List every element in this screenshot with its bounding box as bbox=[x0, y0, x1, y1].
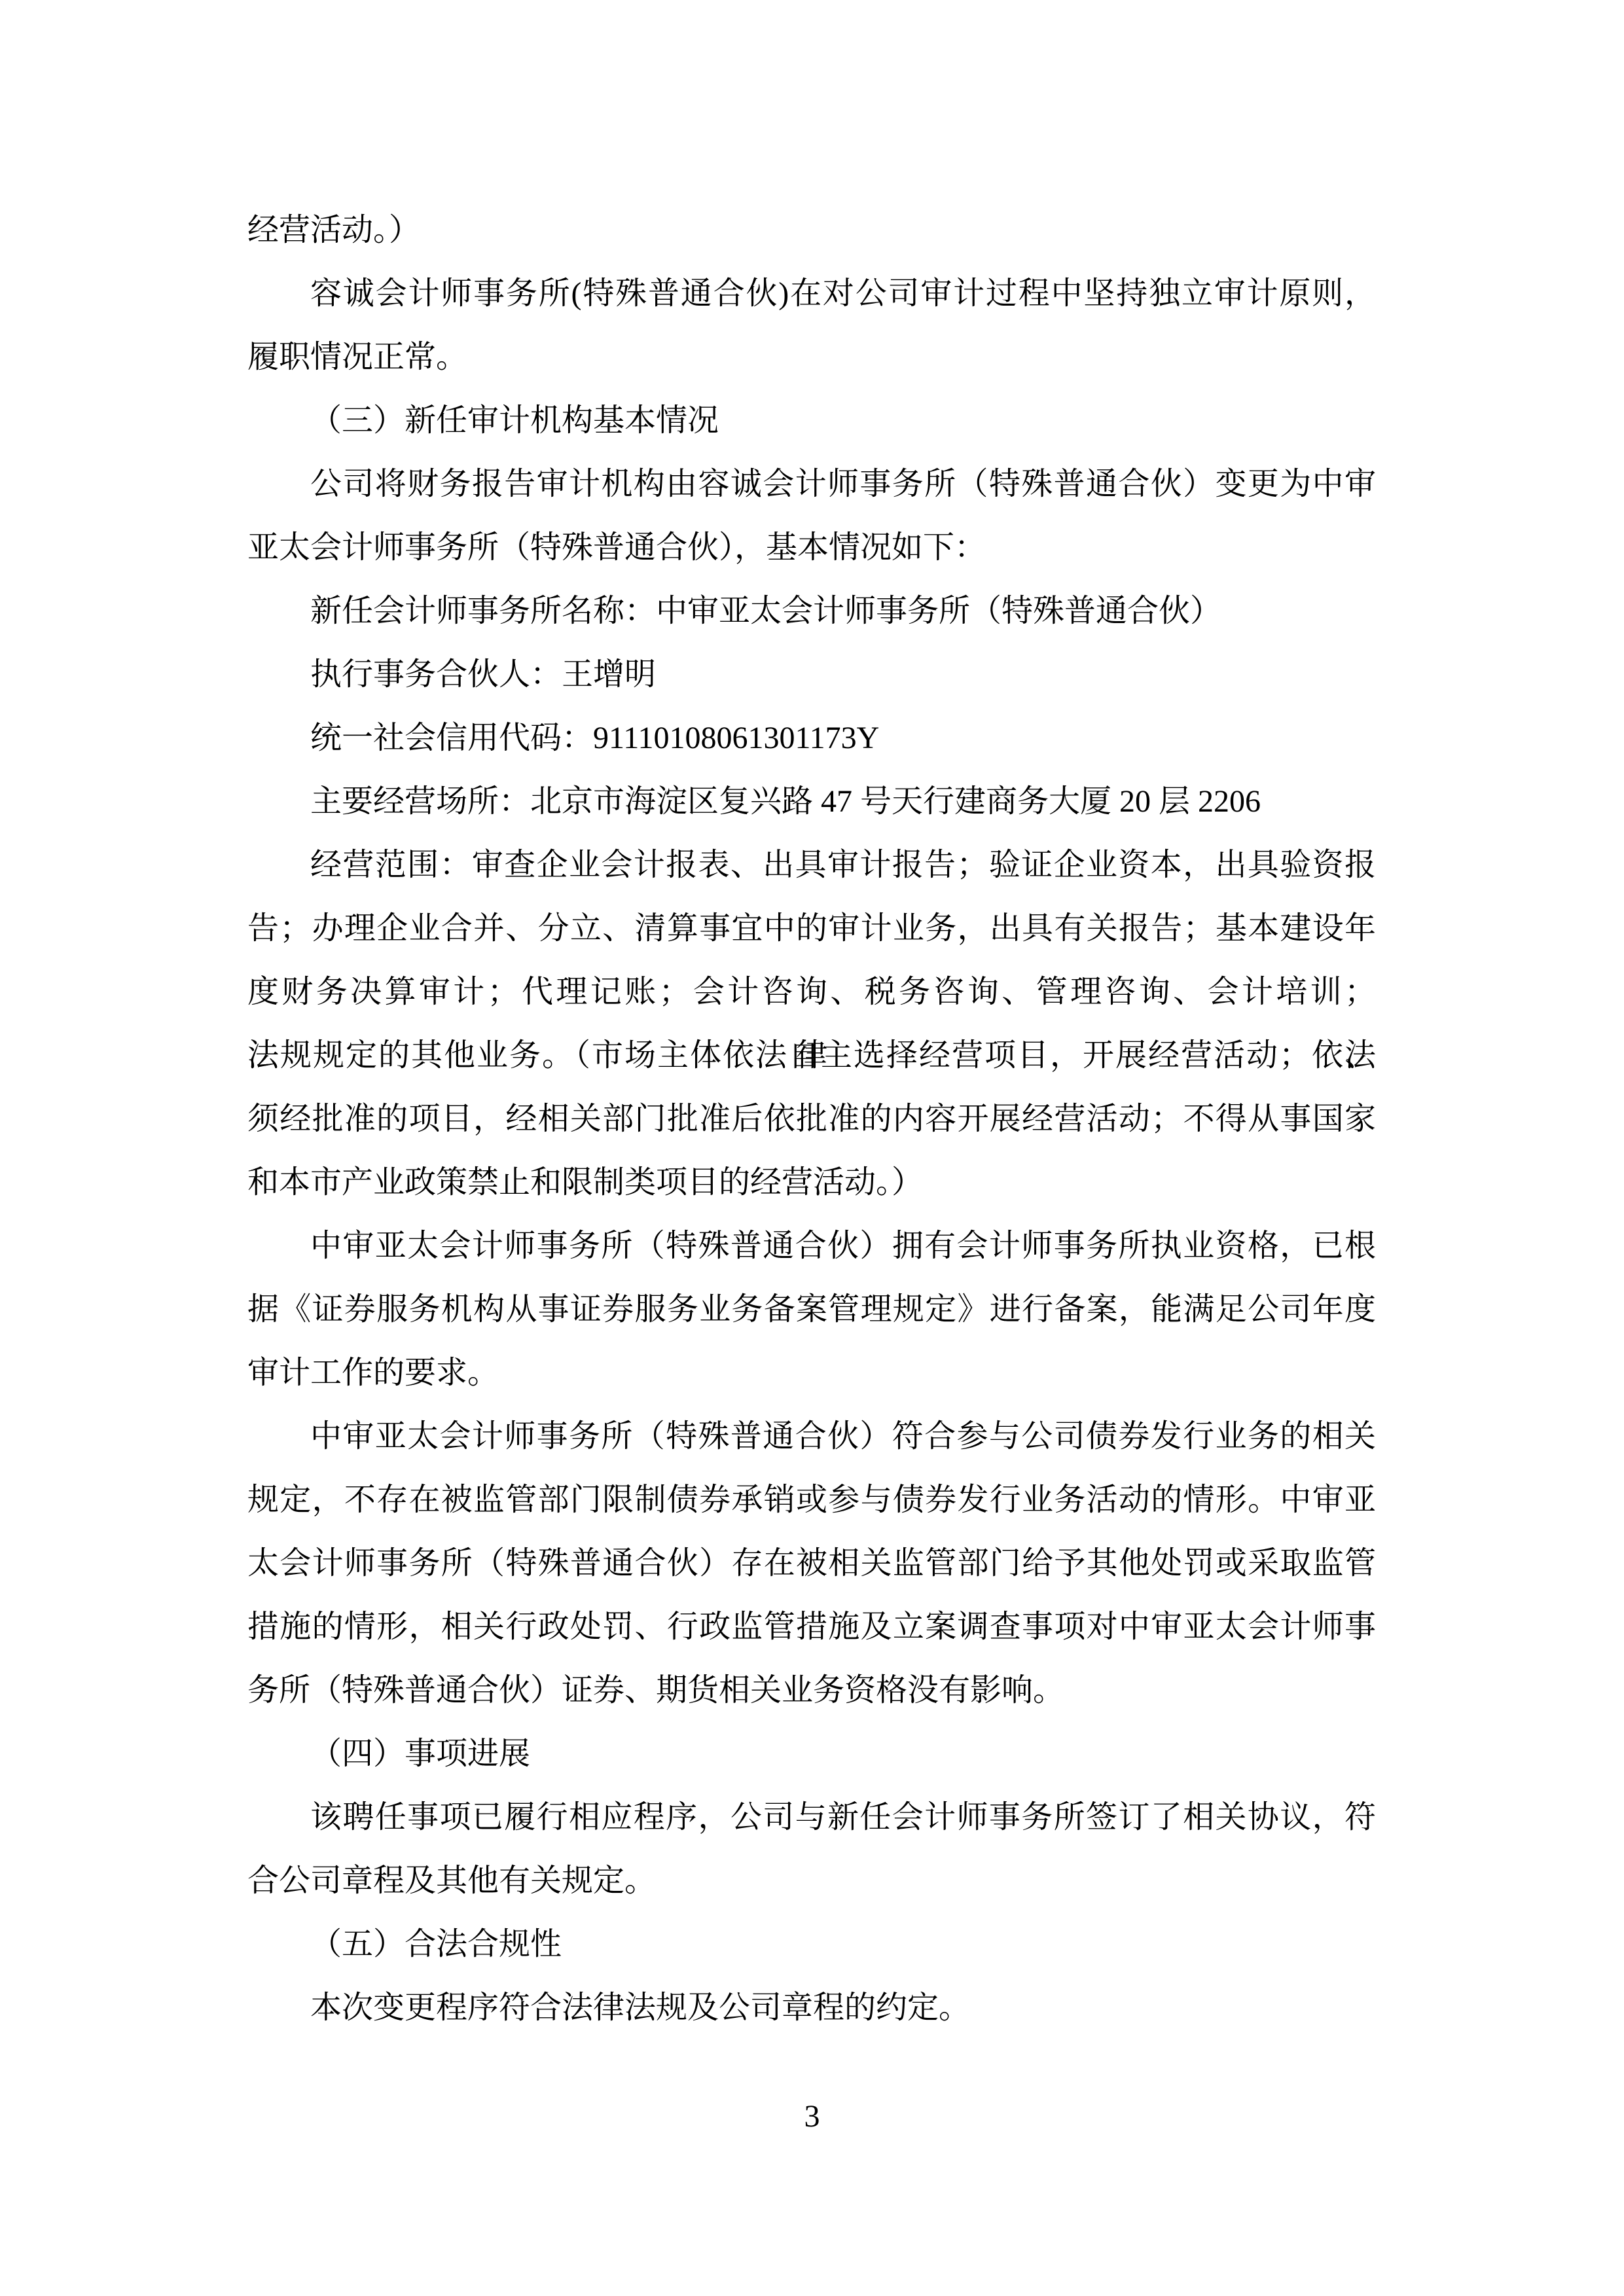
text-line: 该聘任事项已履行相应程序，公司与新任会计师事务所签订了相关协议，符 bbox=[247, 1785, 1376, 1849]
text-line: 告；办理企业合并、分立、清算事宜中的审计业务，出具有关报告；基本建设年 bbox=[247, 897, 1376, 960]
text-line: 度财务决算审计；代理记账；会计咨询、税务咨询、管理咨询、会计培训；法律、 bbox=[247, 960, 1376, 1024]
paragraph: 经营活动。） bbox=[247, 198, 1376, 262]
text-line: 须经批准的项目，经相关部门批准后依批准的内容开展经营活动；不得从事国家 bbox=[247, 1087, 1376, 1151]
text-line: 措施的情形，相关行政处罚、行政监管措施及立案调查事项对中审亚太会计师事 bbox=[247, 1595, 1376, 1659]
text-line: 规定，不存在被监管部门限制债券承销或参与债券发行业务活动的情形。中审亚 bbox=[247, 1468, 1376, 1532]
paragraph: （五）合法合规性 bbox=[247, 1912, 1376, 1976]
document-body: 经营活动。）容诚会计师事务所(特殊普通合伙)在对公司审计过程中坚持独立审计原则，… bbox=[247, 198, 1376, 2039]
text-line: 中审亚太会计师事务所（特殊普通合伙）符合参与公司债券发行业务的相关 bbox=[247, 1405, 1376, 1468]
text-line: 亚太会计师事务所（特殊普通合伙），基本情况如下： bbox=[247, 516, 1376, 579]
text-line: 和本市产业政策禁止和限制类项目的经营活动。） bbox=[247, 1151, 1376, 1214]
text-line: 太会计师事务所（特殊普通合伙）存在被相关监管部门给予其他处罚或采取监管 bbox=[247, 1532, 1376, 1595]
text-line: 主要经营场所：北京市海淀区复兴路 47 号天行建商务大厦 20 层 2206 bbox=[247, 770, 1376, 833]
text-line: 统一社会信用代码：91110108061301173Y bbox=[247, 706, 1376, 770]
text-line: 据《证券服务机构从事证券服务业务备案管理规定》进行备案，能满足公司年度 bbox=[247, 1278, 1376, 1341]
paragraph: 统一社会信用代码：91110108061301173Y bbox=[247, 706, 1376, 770]
text-line: 本次变更程序符合法律法规及公司章程的约定。 bbox=[247, 1976, 1376, 2039]
text-line: （五）合法合规性 bbox=[247, 1912, 1376, 1976]
paragraph: （三）新任审计机构基本情况 bbox=[247, 389, 1376, 452]
text-line: 务所（特殊普通合伙）证券、期货相关业务资格没有影响。 bbox=[247, 1659, 1376, 1722]
paragraph: 容诚会计师事务所(特殊普通合伙)在对公司审计过程中坚持独立审计原则，履职情况正常… bbox=[247, 262, 1376, 389]
text-line: 新任会计师事务所名称：中审亚太会计师事务所（特殊普通合伙） bbox=[247, 579, 1376, 643]
document-page: 经营活动。）容诚会计师事务所(特殊普通合伙)在对公司审计过程中坚持独立审计原则，… bbox=[0, 0, 1624, 2296]
paragraph: 经营范围：审查企业会计报表、出具审计报告；验证企业资本，出具验资报告；办理企业合… bbox=[247, 833, 1376, 1214]
text-line: 容诚会计师事务所(特殊普通合伙)在对公司审计过程中坚持独立审计原则， bbox=[247, 262, 1376, 325]
paragraph: 中审亚太会计师事务所（特殊普通合伙）符合参与公司债券发行业务的相关规定，不存在被… bbox=[247, 1405, 1376, 1722]
text-line: 审计工作的要求。 bbox=[247, 1341, 1376, 1405]
page-number: 3 bbox=[0, 2085, 1624, 2148]
paragraph: 新任会计师事务所名称：中审亚太会计师事务所（特殊普通合伙） bbox=[247, 579, 1376, 643]
paragraph: （四）事项进展 bbox=[247, 1722, 1376, 1785]
paragraph: 执行事务合伙人：王增明 bbox=[247, 643, 1376, 706]
paragraph: 该聘任事项已履行相应程序，公司与新任会计师事务所签订了相关协议，符合公司章程及其… bbox=[247, 1785, 1376, 1912]
text-line: 公司将财务报告审计机构由容诚会计师事务所（特殊普通合伙）变更为中审 bbox=[247, 452, 1376, 516]
text-line: 执行事务合伙人：王增明 bbox=[247, 643, 1376, 706]
text-line: （四）事项进展 bbox=[247, 1722, 1376, 1785]
text-line: 经营范围：审查企业会计报表、出具审计报告；验证企业资本，出具验资报 bbox=[247, 833, 1376, 897]
text-line: 法规规定的其他业务。（市场主体依法自主选择经营项目，开展经营活动；依法 bbox=[247, 1024, 1376, 1087]
paragraph: 本次变更程序符合法律法规及公司章程的约定。 bbox=[247, 1976, 1376, 2039]
text-line: 经营活动。） bbox=[247, 198, 1376, 262]
paragraph: 中审亚太会计师事务所（特殊普通合伙）拥有会计师事务所执业资格，已根据《证券服务机… bbox=[247, 1214, 1376, 1405]
text-line: 合公司章程及其他有关规定。 bbox=[247, 1849, 1376, 1912]
paragraph: 主要经营场所：北京市海淀区复兴路 47 号天行建商务大厦 20 层 2206 bbox=[247, 770, 1376, 833]
text-line: （三）新任审计机构基本情况 bbox=[247, 389, 1376, 452]
text-line: 履职情况正常。 bbox=[247, 325, 1376, 389]
text-line: 中审亚太会计师事务所（特殊普通合伙）拥有会计师事务所执业资格，已根 bbox=[247, 1214, 1376, 1278]
paragraph: 公司将财务报告审计机构由容诚会计师事务所（特殊普通合伙）变更为中审亚太会计师事务… bbox=[247, 452, 1376, 579]
